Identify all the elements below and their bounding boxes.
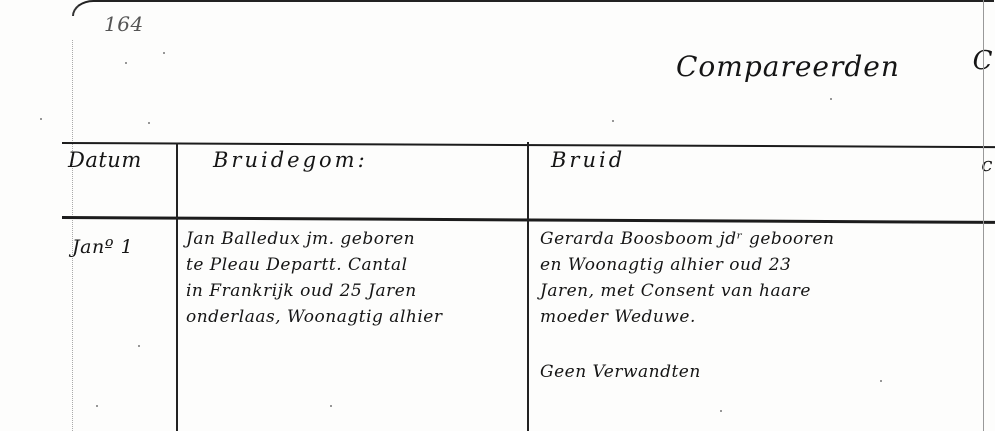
groom-line: onderlaas, Woonagtig alhier	[186, 307, 442, 327]
column-header-datum: Datum	[68, 148, 142, 172]
relatives-note: Geen Verwandten	[540, 362, 701, 382]
groom-line: te Pleau Departt. Cantal	[186, 255, 408, 275]
section-heading: Compareerden	[676, 50, 900, 83]
groom-line: Jan Balledux jm. geboren	[186, 229, 415, 249]
paper-speck	[148, 122, 150, 124]
column-divider	[176, 143, 178, 431]
column-divider	[983, 0, 984, 431]
paper-speck	[880, 380, 882, 382]
paper-speck	[612, 120, 614, 122]
bride-line: Gerarda Boosboom jdʳ gebooren	[540, 229, 834, 249]
paper-speck	[40, 118, 42, 120]
page-number: 164	[104, 12, 144, 36]
column-divider	[527, 142, 529, 431]
paper-speck	[96, 405, 98, 407]
bride-line: en Woonagtig alhier oud 23	[540, 255, 791, 275]
column-header-bruidegom: Bruidegom:	[213, 148, 368, 172]
paper-speck	[163, 52, 165, 54]
page-top-edge	[72, 0, 994, 16]
bride-line: Jaren, met Consent van haare	[540, 281, 811, 301]
paper-speck	[138, 345, 140, 347]
paper-speck	[125, 62, 127, 64]
paper-speck	[830, 98, 832, 100]
bride-line: moeder Weduwe.	[540, 307, 696, 327]
entry-date: Janº 1	[72, 236, 133, 258]
groom-line: in Frankrijk oud 25 Jaren	[186, 281, 417, 301]
paper-speck	[720, 410, 722, 412]
paper-speck	[330, 405, 332, 407]
register-page: 164 Compareerden C c Datum Bruidegom: Br…	[0, 0, 995, 431]
column-header-bruid: Bruid	[551, 148, 625, 172]
